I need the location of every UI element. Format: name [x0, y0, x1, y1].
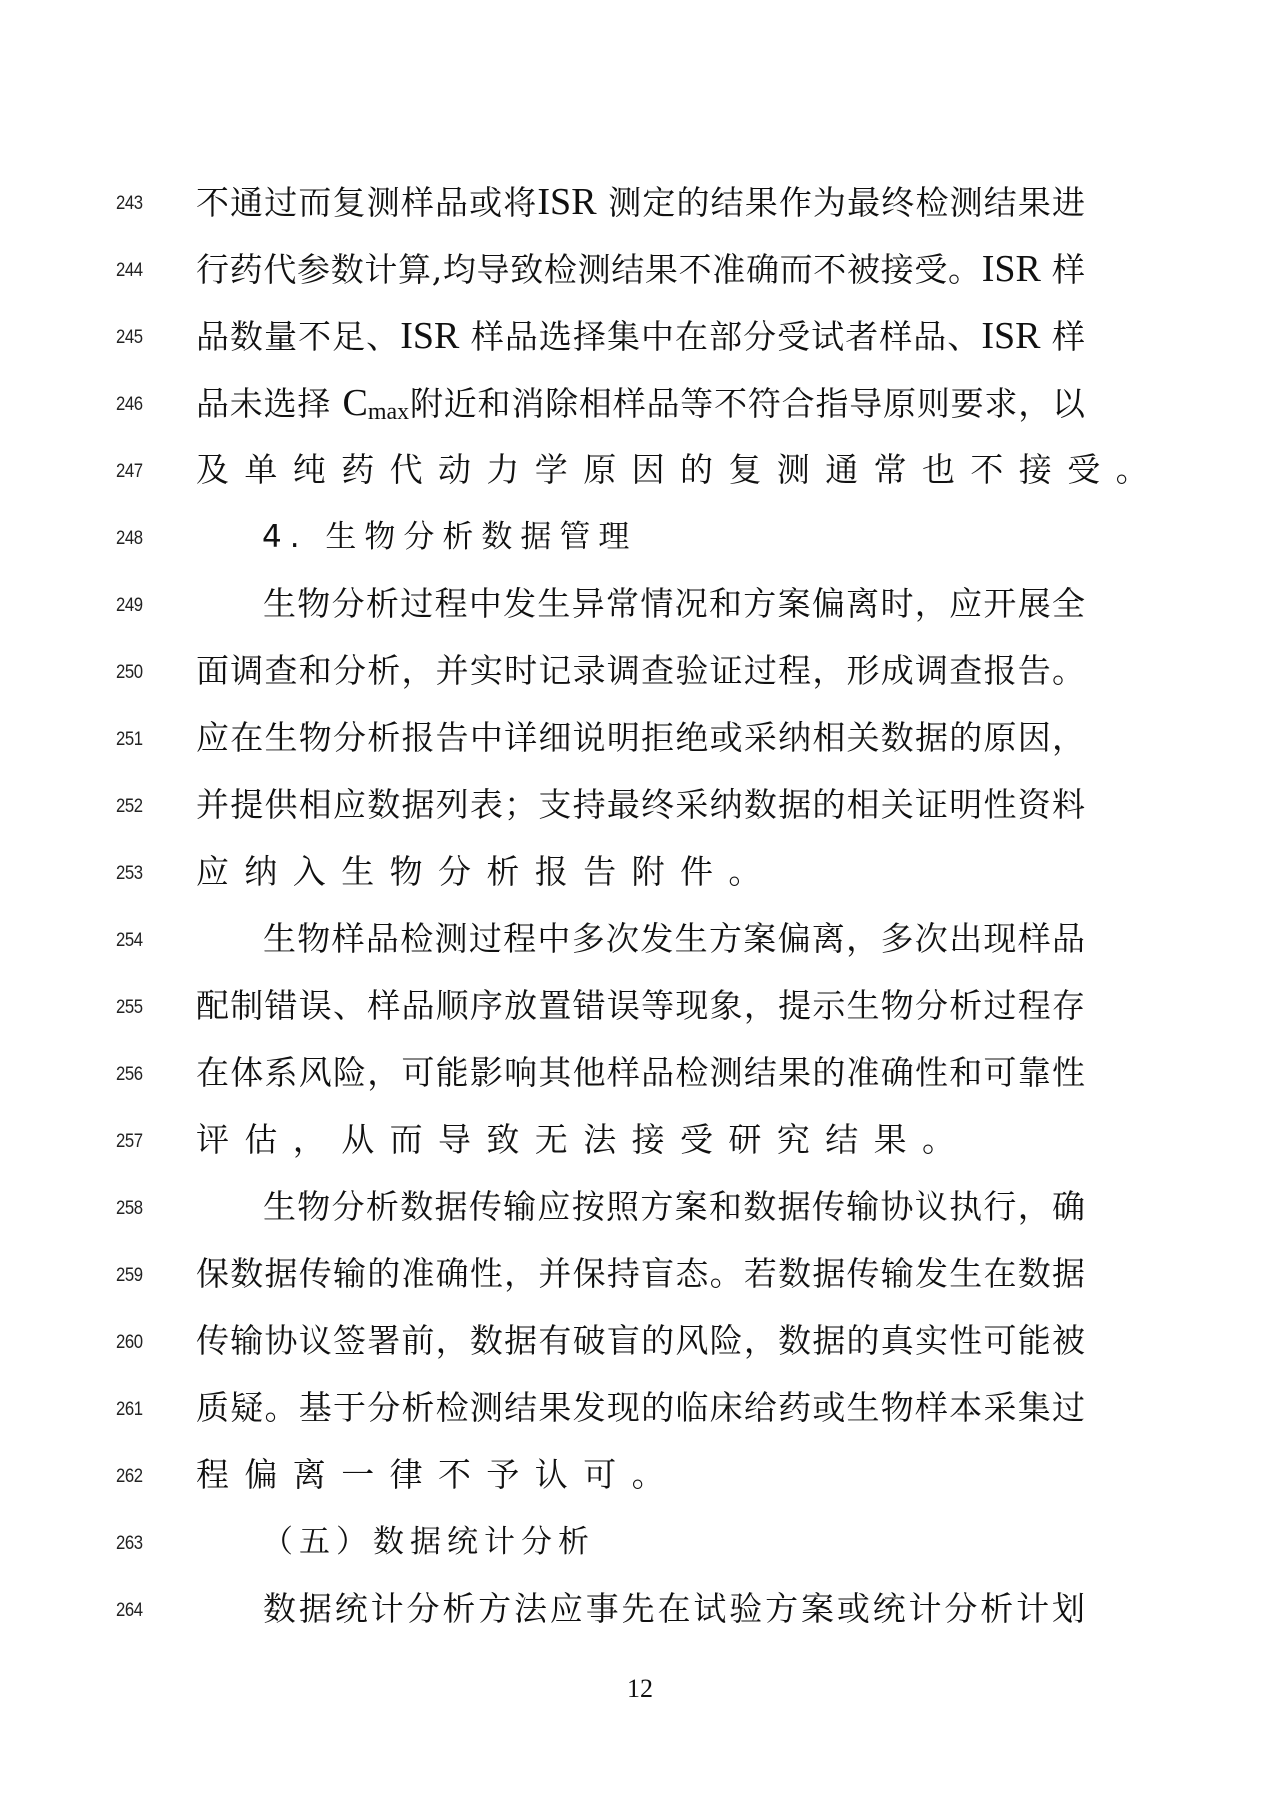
document-line: 254 生物样品检测过程中多次发生方案偏离，多次出现样品	[0, 913, 1280, 980]
document-line: 243 不通过而复测样品或将ISR 测定的结果作为最终检测结果进	[0, 176, 1280, 243]
line-text: 生物分析过程中发生异常情况和方案偏离时，应开展全	[263, 584, 1085, 624]
line-number: 243	[116, 193, 151, 215]
line-text: 质疑。基于分析检测结果发现的临床给药或生物样本采集过	[196, 1388, 1085, 1428]
line-number: 264	[116, 1600, 151, 1622]
line-number: 246	[116, 394, 151, 416]
line-number: 252	[116, 796, 151, 818]
document-line: 251 应在生物分析报告中详细说明拒绝或采纳相关数据的原因，	[0, 712, 1280, 779]
document-line: 261 质疑。基于分析检测结果发现的临床给药或生物样本采集过	[0, 1382, 1280, 1449]
line-number: 250	[116, 662, 151, 684]
document-line: 252 并提供相应数据列表；支持最终采纳数据的相关证明性资料	[0, 779, 1280, 846]
document-line: 257 评估，从而导致无法接受研究结果。	[0, 1114, 1280, 1181]
cmax-subscript: max	[368, 399, 409, 425]
line-number: 258	[116, 1198, 151, 1220]
document-line: 247 及单纯药代动力学原因的复测通常也不接受。	[0, 444, 1280, 511]
document-line: 264 数据统计分析方法应事先在试验方案或统计分析计划	[0, 1583, 1280, 1650]
line-text: 评估，从而导致无法接受研究结果。	[196, 1120, 1085, 1160]
document-line: 245 品数量不足、ISR 样品选择集中在部分受试者样品、ISR 样	[0, 310, 1280, 377]
document-line: 244 行药代参数计算,均导致检测结果不准确而不被接受。ISR 样	[0, 243, 1280, 310]
line-text: 生物分析数据传输应按照方案和数据传输协议执行，确	[263, 1187, 1085, 1227]
line-number: 260	[116, 1332, 151, 1354]
section-heading: （五）数据统计分析	[262, 1522, 595, 1562]
line-number: 262	[116, 1466, 151, 1488]
line-number: 263	[116, 1533, 151, 1555]
line-number: 248	[116, 528, 151, 550]
document-line: 258 生物分析数据传输应按照方案和数据传输协议执行，确	[0, 1181, 1280, 1248]
cmax-symbol: C	[342, 382, 367, 424]
document-line: 262 程偏离一律不予认可。	[0, 1449, 1280, 1516]
line-text: 行药代参数计算,均导致检测结果不准确而不被接受。ISR 样	[196, 249, 1085, 290]
line-text: 配制错误、样品顺序放置错误等现象，提示生物分析过程存	[196, 986, 1085, 1026]
line-text: 在体系风险，可能影响其他样品检测结果的准确性和可靠性	[196, 1053, 1085, 1093]
document-line: 249 生物分析过程中发生异常情况和方案偏离时，应开展全	[0, 578, 1280, 645]
line-number: 256	[116, 1064, 151, 1086]
document-line: 259 保数据传输的准确性，并保持盲态。若数据传输发生在数据	[0, 1248, 1280, 1315]
line-text: 数据统计分析方法应事先在试验方案或统计分析计划	[263, 1589, 1085, 1629]
section-heading: 4. 生物分析数据管理	[262, 517, 637, 557]
line-text: 保数据传输的准确性，并保持盲态。若数据传输发生在数据	[196, 1254, 1085, 1294]
document-line: 256 在体系风险，可能影响其他样品检测结果的准确性和可靠性	[0, 1047, 1280, 1114]
line-number: 255	[116, 997, 151, 1019]
document-line: 248 4. 生物分析数据管理	[0, 511, 1280, 578]
document-page: 243 不通过而复测样品或将ISR 测定的结果作为最终检测结果进 244 行药代…	[0, 0, 1280, 1810]
line-number: 254	[116, 930, 151, 952]
line-text: 不通过而复测样品或将ISR 测定的结果作为最终检测结果进	[196, 182, 1085, 223]
line-text: 及单纯药代动力学原因的复测通常也不接受。	[196, 450, 1085, 490]
line-text: 传输协议签署前，数据有破盲的风险，数据的真实性可能被	[196, 1321, 1085, 1361]
line-number: 261	[116, 1399, 151, 1421]
line-number: 251	[116, 729, 151, 751]
line-number: 247	[116, 461, 151, 483]
line-text: 应在生物分析报告中详细说明拒绝或采纳相关数据的原因，	[196, 718, 1085, 758]
line-text: 面调查和分析，并实时记录调查验证过程，形成调查报告。	[196, 651, 1085, 691]
line-number: 244	[116, 260, 151, 282]
line-text: 生物样品检测过程中多次发生方案偏离，多次出现样品	[263, 919, 1085, 959]
line-number: 249	[116, 595, 151, 617]
line-text: 程偏离一律不予认可。	[196, 1455, 1085, 1495]
line-text: 并提供相应数据列表；支持最终采纳数据的相关证明性资料	[196, 785, 1085, 825]
document-line: 253 应纳入生物分析报告附件。	[0, 846, 1280, 913]
line-text: 应纳入生物分析报告附件。	[196, 852, 1085, 892]
document-line: 260 传输协议签署前，数据有破盲的风险，数据的真实性可能被	[0, 1315, 1280, 1382]
document-line: 255 配制错误、样品顺序放置错误等现象，提示生物分析过程存	[0, 980, 1280, 1047]
line-number: 245	[116, 327, 151, 349]
document-line: 250 面调查和分析，并实时记录调查验证过程，形成调查报告。	[0, 645, 1280, 712]
page-number: 12	[600, 1674, 680, 1704]
document-line: 263 （五）数据统计分析	[0, 1516, 1280, 1583]
line-text: 品数量不足、ISR 样品选择集中在部分受试者样品、ISR 样	[196, 316, 1085, 357]
line-number: 257	[116, 1131, 151, 1153]
line-number: 259	[116, 1265, 151, 1287]
line-number: 253	[116, 863, 151, 885]
line-text: 品未选择 Cmax附近和消除相样品等不符合指导原则要求，以	[196, 383, 1085, 432]
document-line: 246 品未选择 Cmax附近和消除相样品等不符合指导原则要求，以	[0, 377, 1280, 444]
